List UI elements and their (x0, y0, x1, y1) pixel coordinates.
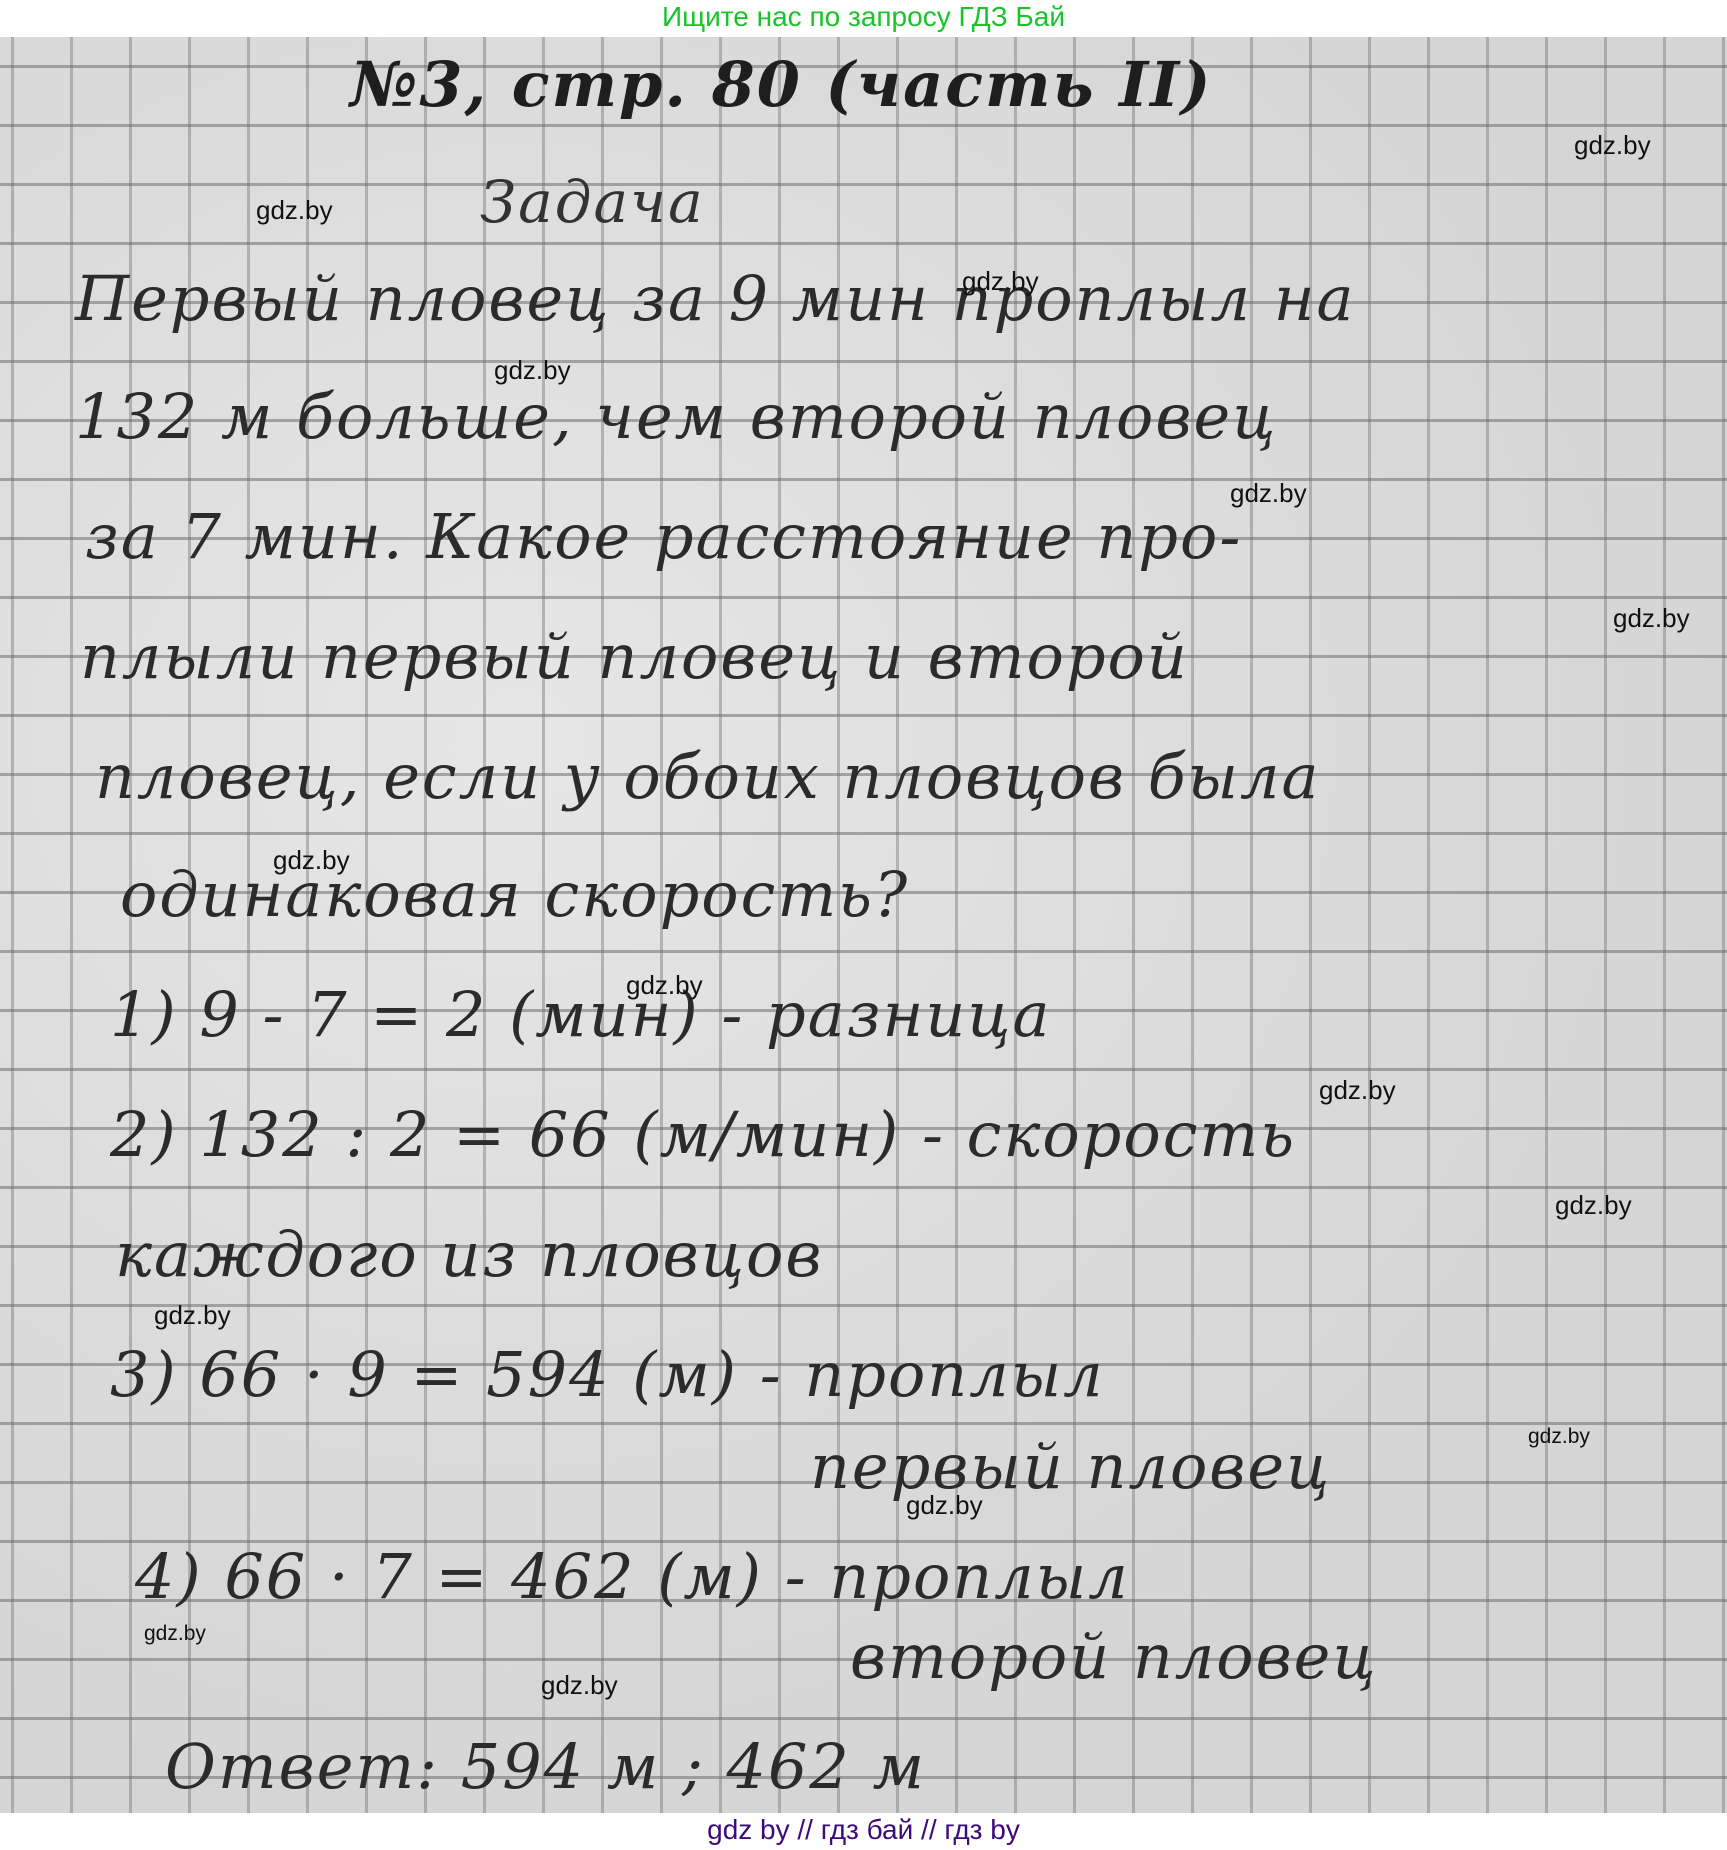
watermark: gdz.by (144, 1622, 206, 1646)
watermark: gdz.by (1574, 130, 1651, 161)
problem-line: за 7 мин. Какое расстояние про- (85, 500, 1242, 573)
watermark: gdz.by (1230, 478, 1307, 509)
watermark: gdz.by (541, 1670, 618, 1701)
watermark: gdz.by (962, 266, 1039, 297)
problem-line: 132 м больше, чем второй пловец (75, 380, 1277, 453)
problem-line: Первый пловец за 9 мин проплыл на (75, 262, 1356, 335)
watermark: gdz.by (906, 1490, 983, 1521)
problem-line: плыли первый пловец и второй (80, 620, 1189, 693)
watermark: gdz.by (1528, 1425, 1590, 1449)
solution-step-2-cont: каждого из пловцов (115, 1218, 823, 1291)
watermark: gdz.by (1613, 603, 1690, 634)
answer-line: Ответ: 594 м ; 462 м (165, 1730, 926, 1803)
watermark: gdz.by (494, 355, 571, 386)
solution-step-3-cont: первый пловец (810, 1430, 1331, 1503)
solution-step-4-cont: второй пловец (850, 1620, 1378, 1693)
watermark: gdz.by (154, 1300, 231, 1331)
top-banner: Ищите нас по запросу ГДЗ Бай (0, 0, 1727, 37)
exercise-heading: №3, стр. 80 (часть II) (350, 48, 1212, 121)
watermark: gdz.by (273, 845, 350, 876)
problem-line: пловец, если у обоих пловцов была (95, 740, 1320, 813)
watermark: gdz.by (1555, 1190, 1632, 1221)
solution-step-1: 1) 9 - 7 = 2 (мин) - разница (110, 978, 1052, 1051)
watermark: gdz.by (1319, 1075, 1396, 1106)
task-label: Задача (480, 168, 705, 236)
problem-line: одинаковая скорость? (120, 858, 909, 931)
watermark: gdz.by (256, 195, 333, 226)
watermark: gdz.by (626, 970, 703, 1001)
solution-step-3: 3) 66 · 9 = 594 (м) - проплыл (110, 1338, 1105, 1411)
solution-step-2: 2) 132 : 2 = 66 (м/мин) - скорость (110, 1098, 1296, 1171)
bottom-banner: gdz by // гдз бай // гдз by (0, 1813, 1727, 1850)
solution-step-4: 4) 66 · 7 = 462 (м) - проплыл (135, 1540, 1130, 1613)
